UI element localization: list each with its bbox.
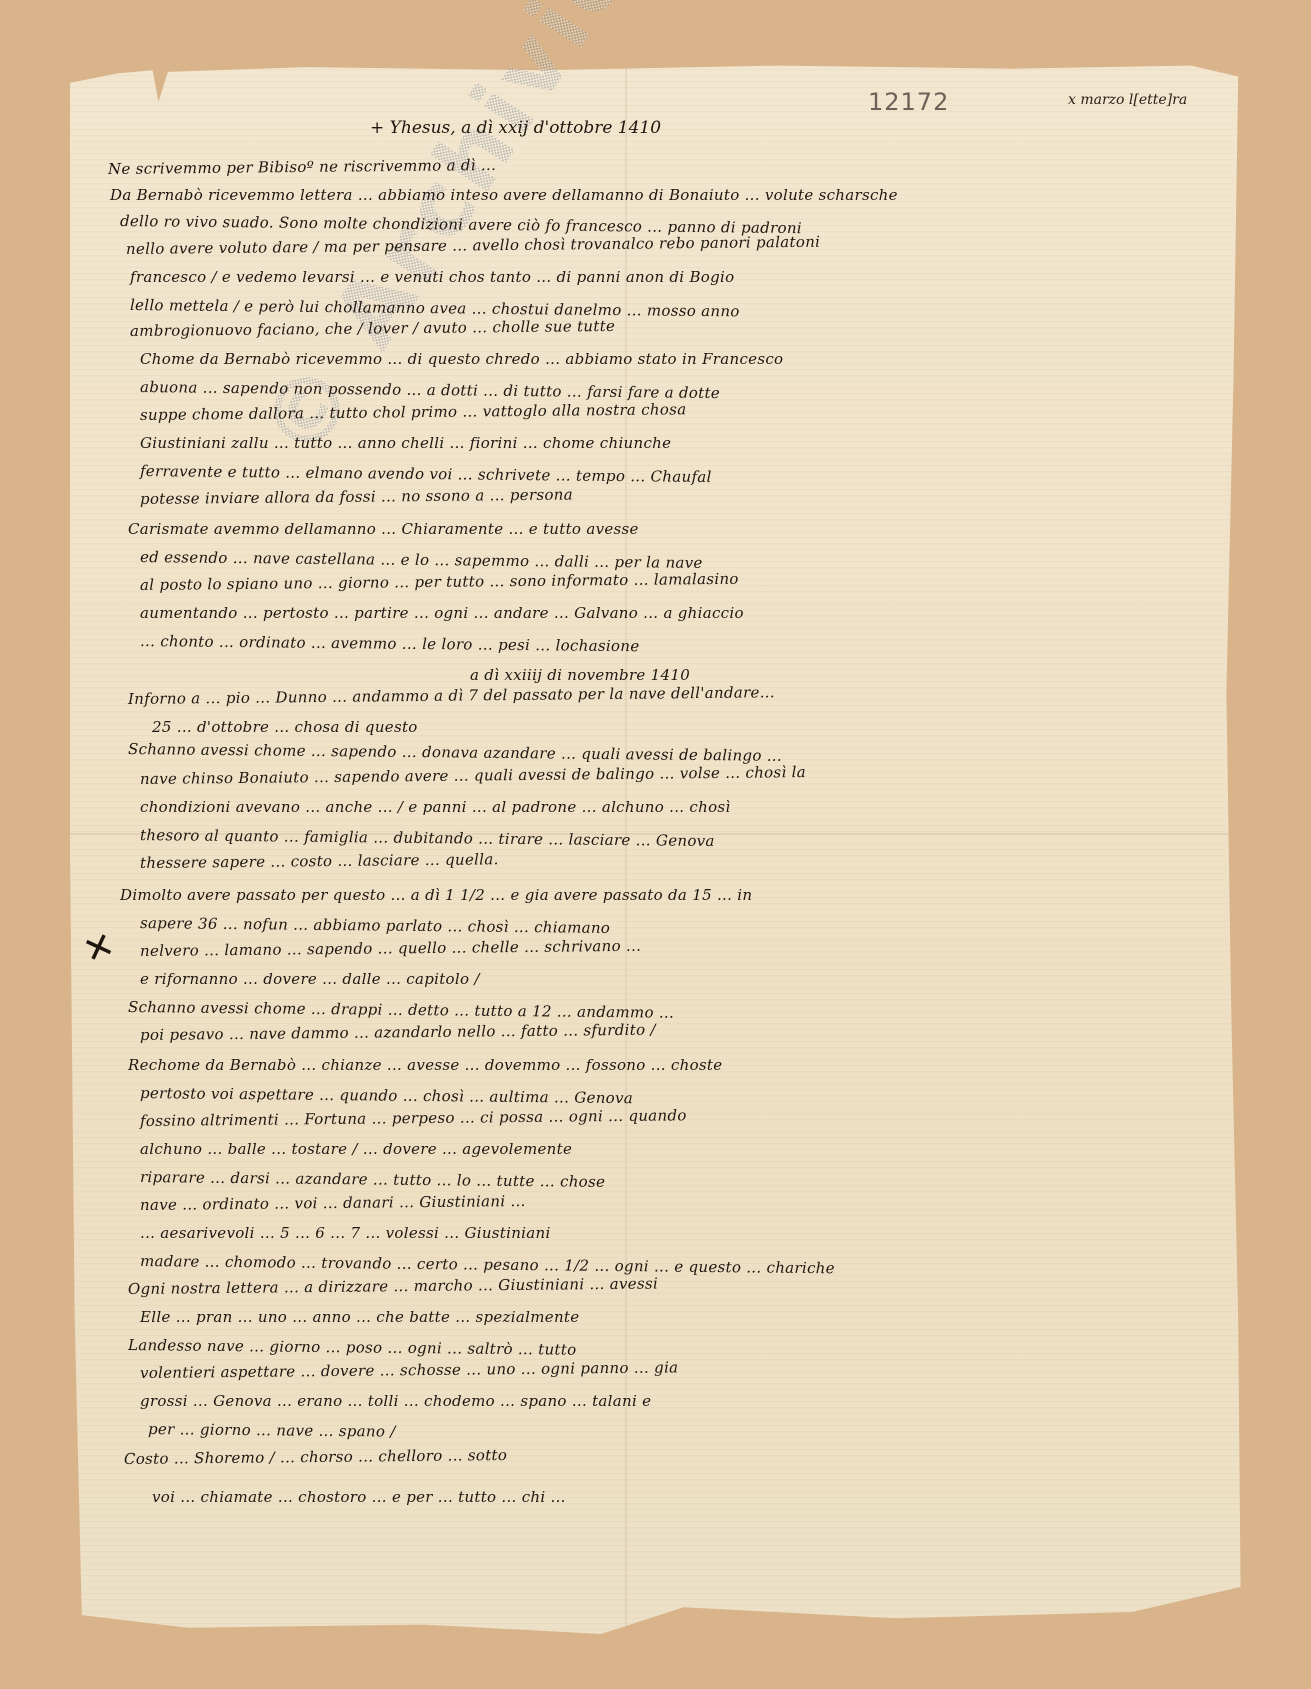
manuscript-line: alchuno ... balle ... tostare / ... dove… [140,1140,572,1158]
manuscript-line: chondizioni avevano ... anche ... / e pa… [140,798,731,816]
corner-annotation: x marzo l[ette]ra [1068,92,1187,108]
inserted-date: a dì xxiiij di novembre 1410 [470,666,690,684]
manuscript-line: e rifornanno ... dovere ... dalle ... ca… [140,970,480,988]
manuscript-line: Da Bernabò ricevemmo lettera ... abbiamo… [110,186,898,204]
manuscript-line: voi ... chiamate ... chostoro ... e per … [152,1488,566,1506]
manuscript-line: francesco / e vedemo levarsi ... e venut… [130,268,734,286]
manuscript-line: thessere sapere ... costo ... lasciare .… [140,850,499,872]
manuscript-line: Carismate avemmo dellamanno ... Chiarame… [128,520,639,538]
manuscript-line: per ... giorno ... nave ... spano / [148,1420,396,1441]
manuscript-line: Rechome da Bernabò ... chianze ... avess… [128,1056,722,1074]
manuscript-line: Giustiniani zallu ... tutto ... anno che… [140,434,671,452]
manuscript-line: 25 ... d'ottobre ... chosa di questo [152,718,418,736]
archive-number: 12172 [868,88,949,116]
letter-header: + Yhesus, a dì xxij d'ottobre 1410 [370,118,661,138]
manuscript-line: Chome da Bernabò ricevemmo ... di questo… [140,350,783,368]
manuscript-line: ... aesarivevoli ... 5 ... 6 ... 7 ... v… [140,1224,551,1242]
manuscript-line: Dimolto avere passato per questo ... a d… [120,886,752,904]
manuscript-line: Elle ... pran ... uno ... anno ... che b… [140,1308,579,1326]
manuscript-line: grossi ... Genova ... erano ... tolli ..… [140,1392,651,1410]
manuscript-line: aumentando ... pertosto ... partire ... … [140,604,744,622]
